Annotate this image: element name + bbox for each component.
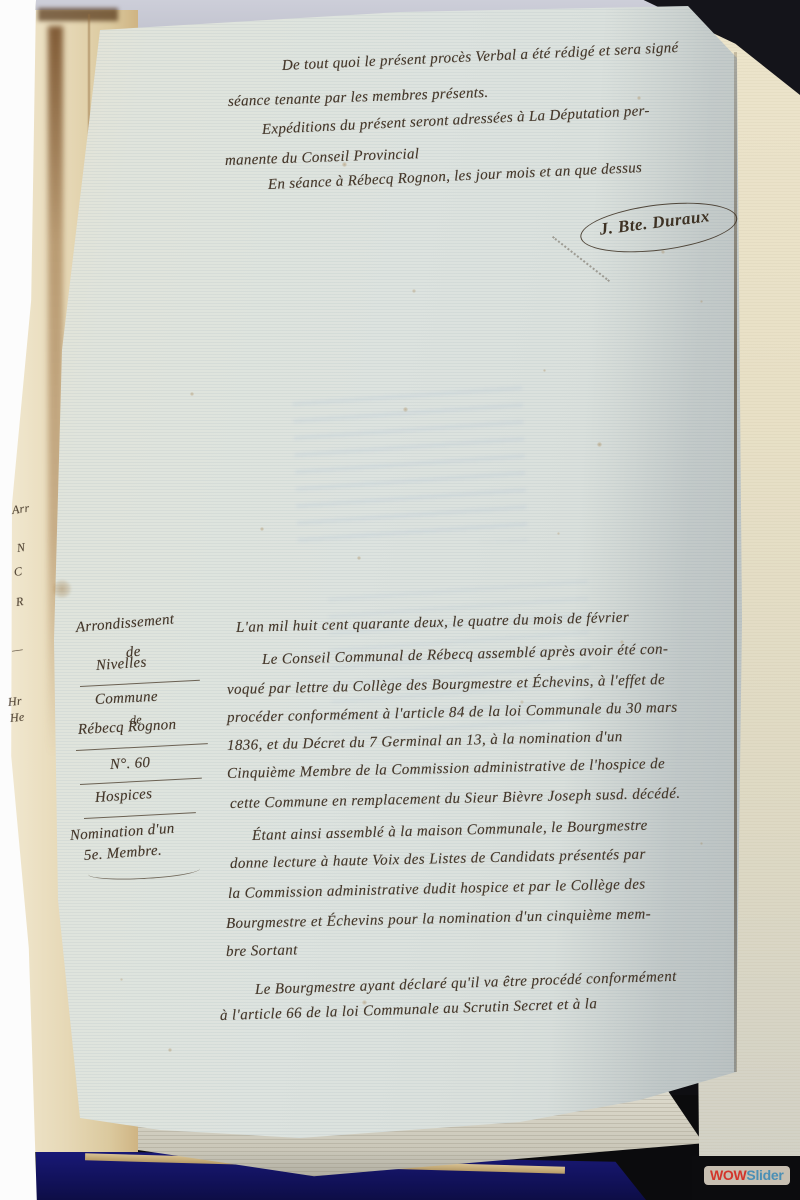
prev-page-fragment: R xyxy=(15,594,25,610)
margin-doc-number: N°. 60 xyxy=(110,755,151,774)
wowslider-watermark[interactable]: WOWSlider xyxy=(704,1166,790,1185)
photo-of-register-page: Arr N C R — Hr He De tout quoi le présen… xyxy=(0,0,800,1200)
prev-page-fragment: — xyxy=(11,642,24,658)
watermark-slider-text: Slider xyxy=(746,1167,783,1183)
burn-mark-top xyxy=(38,8,118,21)
prev-page-fragment: Hr xyxy=(7,694,22,710)
prev-page-fragment: He xyxy=(9,710,25,726)
body-line: bre Sortant xyxy=(226,942,298,961)
prev-page-fragment: Arr xyxy=(11,501,30,518)
margin-arrondissement-name: Nivelles xyxy=(95,654,147,674)
margin-commune-label: Commune xyxy=(95,689,159,709)
watermark-wow-text: WOW xyxy=(710,1167,746,1183)
